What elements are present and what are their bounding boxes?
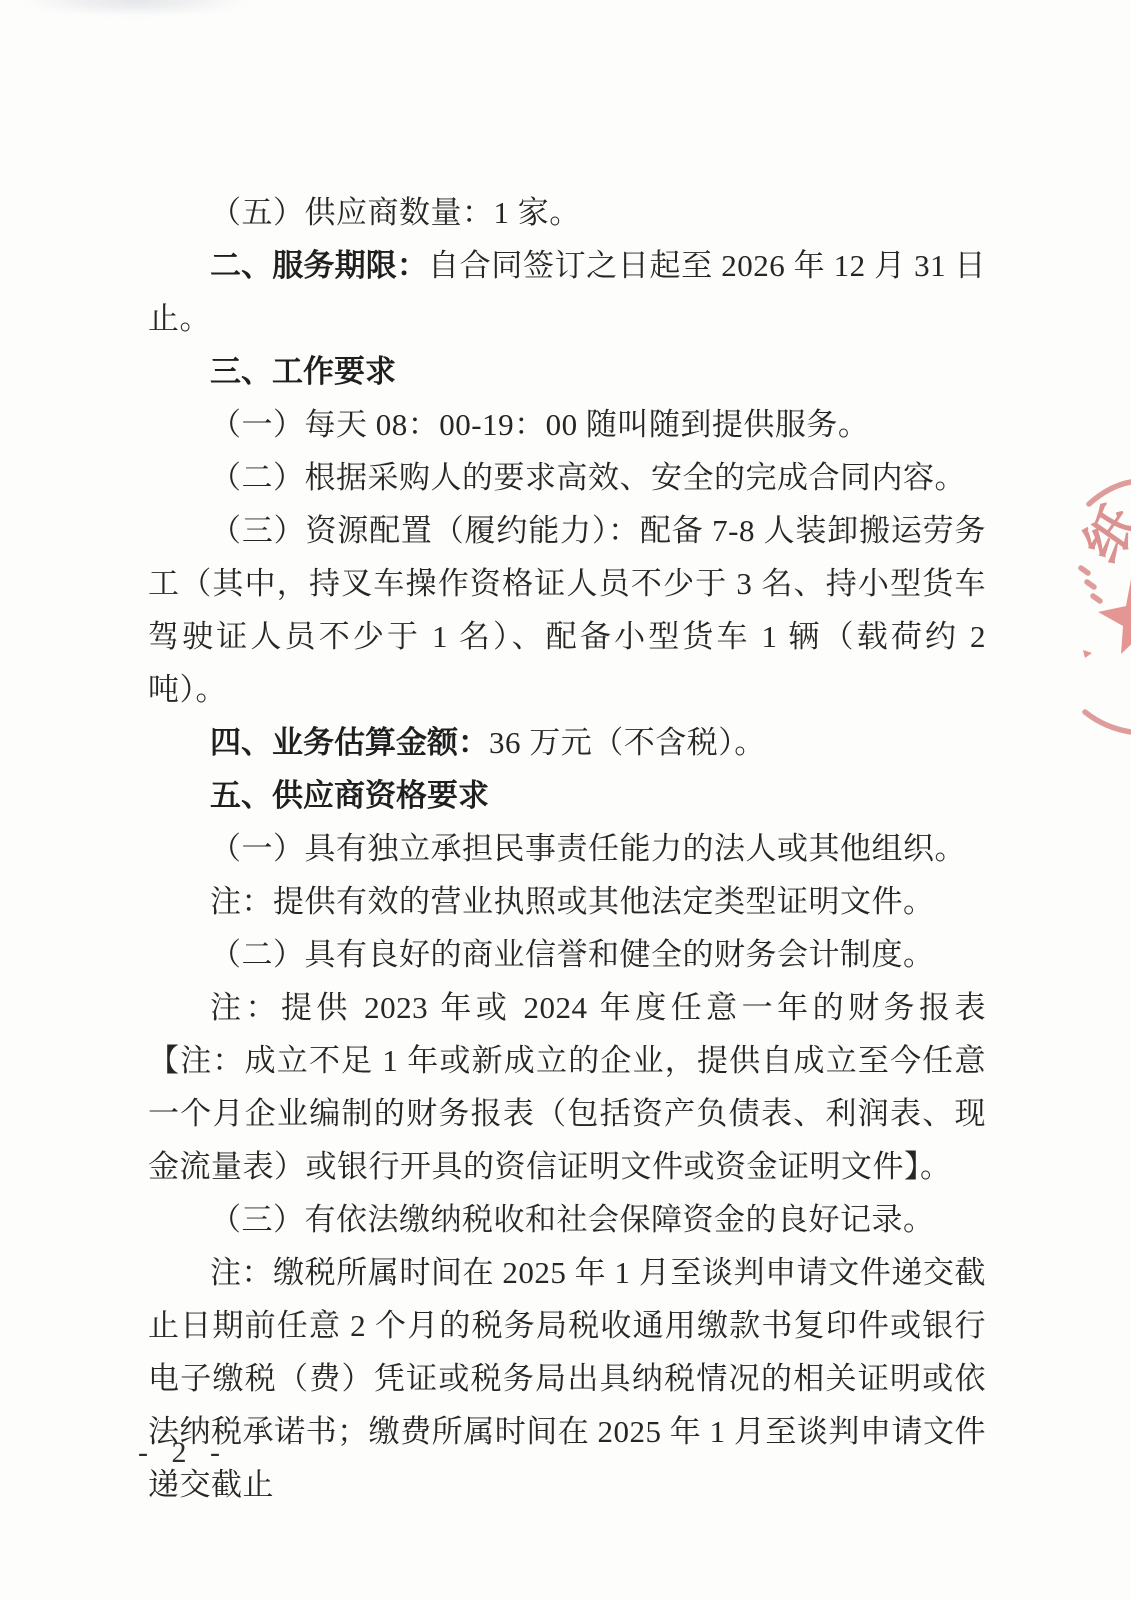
seal-arc-bottom bbox=[1085, 712, 1131, 732]
red-seal-stamp: 纸 bbox=[1075, 472, 1131, 762]
body-text: 注：缴税所属时间在 2025 年 1 月至谈判申请文件递交截止日期前任意 2 个… bbox=[148, 1255, 986, 1502]
document-body: （五）供应商数量：1 家。二、服务期限：自合同签订之日起至 2026 年 12 … bbox=[148, 186, 986, 1511]
seal-star-icon bbox=[1098, 579, 1131, 654]
body-text: 注：提供有效的营业执照或其他法定类型证明文件。 bbox=[210, 884, 935, 919]
page-number: - 2 - bbox=[138, 1436, 228, 1470]
paragraph: 注：提供有效的营业执照或其他法定类型证明文件。 bbox=[148, 875, 986, 928]
heading-text: 三、工作要求 bbox=[210, 354, 396, 389]
body-text: （三）资源配置（履约能力）：配备 7-8 人装卸搬运劳务工（其中，持叉车操作资格… bbox=[148, 513, 986, 707]
paragraph: 三、工作要求 bbox=[148, 345, 986, 398]
body-text: （一）具有独立承担民事责任能力的法人或其他组织。 bbox=[210, 831, 966, 866]
heading-text: 二、服务期限： bbox=[210, 248, 428, 283]
paragraph: （一）具有独立承担民事责任能力的法人或其他组织。 bbox=[148, 822, 986, 875]
seal-speck bbox=[1083, 650, 1092, 658]
paragraph: （五）供应商数量：1 家。 bbox=[148, 186, 986, 239]
body-text: （二）根据采购人的要求高效、安全的完成合同内容。 bbox=[210, 460, 966, 495]
paragraph: 四、业务估算金额：36 万元（不含税）。 bbox=[148, 716, 986, 769]
paragraph: （二）根据采购人的要求高效、安全的完成合同内容。 bbox=[148, 451, 986, 504]
paragraph: （一）每天 08：00-19：00 随叫随到提供服务。 bbox=[148, 398, 986, 451]
paragraph: （三）资源配置（履约能力）：配备 7-8 人装卸搬运劳务工（其中，持叉车操作资格… bbox=[148, 504, 986, 716]
body-text: 36 万元（不含税）。 bbox=[489, 725, 766, 760]
paragraph: 注：缴税所属时间在 2025 年 1 月至谈判申请文件递交截止日期前任意 2 个… bbox=[148, 1246, 986, 1511]
body-text: （一）每天 08：00-19：00 随叫随到提供服务。 bbox=[210, 407, 869, 442]
seal-arc-top bbox=[1089, 482, 1131, 504]
paragraph: 二、服务期限：自合同签订之日起至 2026 年 12 月 31 日止。 bbox=[148, 239, 986, 345]
seal-character: 纸 bbox=[1075, 497, 1131, 573]
document-page: （五）供应商数量：1 家。二、服务期限：自合同签订之日起至 2026 年 12 … bbox=[0, 0, 1131, 1600]
body-text: （五）供应商数量：1 家。 bbox=[210, 195, 581, 230]
paragraph: 注：提供 2023 年或 2024 年度任意一年的财务报表【注：成立不足 1 年… bbox=[148, 981, 986, 1193]
body-text: （二）具有良好的商业信誉和健全的财务会计制度。 bbox=[210, 937, 935, 972]
paragraph: （三）有依法缴纳税收和社会保障资金的良好记录。 bbox=[148, 1193, 986, 1246]
heading-text: 四、业务估算金额： bbox=[210, 725, 489, 760]
body-text: 注：提供 2023 年或 2024 年度任意一年的财务报表【注：成立不足 1 年… bbox=[148, 990, 986, 1184]
body-text: （三）有依法缴纳税收和社会保障资金的良好记录。 bbox=[210, 1202, 935, 1237]
heading-text: 五、供应商资格要求 bbox=[210, 778, 489, 813]
paragraph: 五、供应商资格要求 bbox=[148, 769, 986, 822]
paragraph: （二）具有良好的商业信誉和健全的财务会计制度。 bbox=[148, 928, 986, 981]
scan-smudge bbox=[20, 0, 250, 16]
seal-dots bbox=[1081, 568, 1100, 601]
